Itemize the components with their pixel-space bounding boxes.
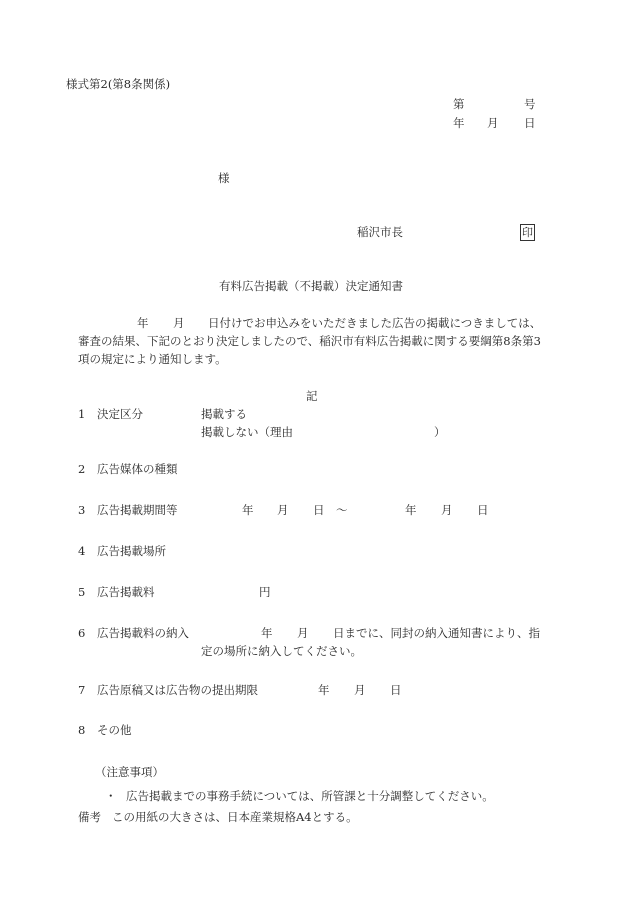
item-8-label: その他 — [97, 725, 132, 737]
body-line2: 審査の結果、下記のとおり決定しましたので、稲沢市有料広告掲載に関する要綱第8条第… — [78, 336, 541, 348]
doc-no-prefix: 第 — [453, 99, 465, 111]
item-7-month: 月 — [354, 685, 366, 697]
item-3-tilde: ～ — [336, 505, 348, 517]
item-3-start-day: 日 — [313, 505, 325, 517]
addressee-honorific: 様 — [218, 173, 230, 185]
notes-text: 広告掲載までの事務手続については、所管課と十分調整してください。 — [126, 791, 494, 803]
ki-heading: 記 — [306, 391, 318, 403]
form-number: 様式第2(第8条関係) — [66, 79, 170, 91]
body-month: 月 — [173, 318, 185, 330]
item-3-label: 広告掲載期間等 — [97, 505, 178, 517]
item-6-label: 広告掲載料の納入 — [97, 628, 189, 640]
body-line1: 日付けでお申込みをいただきました広告の掲載につきましては、 — [208, 318, 541, 330]
item-3-end-month: 月 — [441, 505, 453, 517]
item-3-end-day: 日 — [477, 505, 489, 517]
doc-no-suffix: 号 — [524, 99, 536, 111]
item-2-number: 2 — [78, 464, 85, 476]
remarks-label: 備考 — [78, 812, 101, 824]
sender-name: 稲沢市長 — [357, 227, 403, 239]
remarks-text: この用紙の大きさは、日本産業規格A4とする。 — [112, 812, 358, 824]
item-3-start-month: 月 — [277, 505, 289, 517]
item-6-number: 6 — [78, 628, 85, 640]
item-1-number: 1 — [78, 409, 85, 421]
item-6-text-line1: 日までに、同封の納入通知書により、指 — [333, 628, 540, 640]
item-7-day: 日 — [390, 685, 402, 697]
item-3-number: 3 — [78, 505, 85, 517]
item-1-label: 決定区分 — [97, 409, 143, 421]
item-7-number: 7 — [78, 685, 85, 697]
item-4-label: 広告掲載場所 — [97, 546, 166, 558]
item-7-year: 年 — [318, 685, 330, 697]
item-3-end-year: 年 — [405, 505, 417, 517]
date-day: 日 — [524, 118, 536, 130]
body-line3: 項の規定により通知します。 — [78, 354, 227, 366]
notes-heading: （注意事項） — [95, 767, 164, 779]
item-2-label: 広告媒体の種類 — [97, 464, 178, 476]
item-8-number: 8 — [78, 725, 85, 737]
item-6-month: 月 — [297, 628, 309, 640]
item-1-option-publish: 掲載する — [201, 409, 247, 421]
notes-bullet: ・ — [105, 791, 117, 803]
item-5-yen-unit: 円 — [259, 587, 271, 599]
item-1-option-not-publish: 掲載しない（理由 — [201, 427, 293, 439]
item-5-label: 広告掲載料 — [97, 587, 155, 599]
seal-mark: 印 — [520, 224, 535, 241]
item-6-year: 年 — [261, 628, 273, 640]
item-7-label: 広告原稿又は広告物の提出期限 — [97, 685, 258, 697]
item-1-reason-close: ） — [434, 427, 446, 439]
item-3-start-year: 年 — [242, 505, 254, 517]
date-year: 年 — [453, 118, 465, 130]
body-year: 年 — [137, 318, 149, 330]
item-5-number: 5 — [78, 587, 85, 599]
document-title: 有料広告掲載（不掲載）決定通知書 — [219, 281, 403, 293]
item-6-text-line2: 定の場所に納入してください。 — [201, 646, 362, 658]
item-4-number: 4 — [78, 546, 85, 558]
date-month: 月 — [487, 118, 499, 130]
